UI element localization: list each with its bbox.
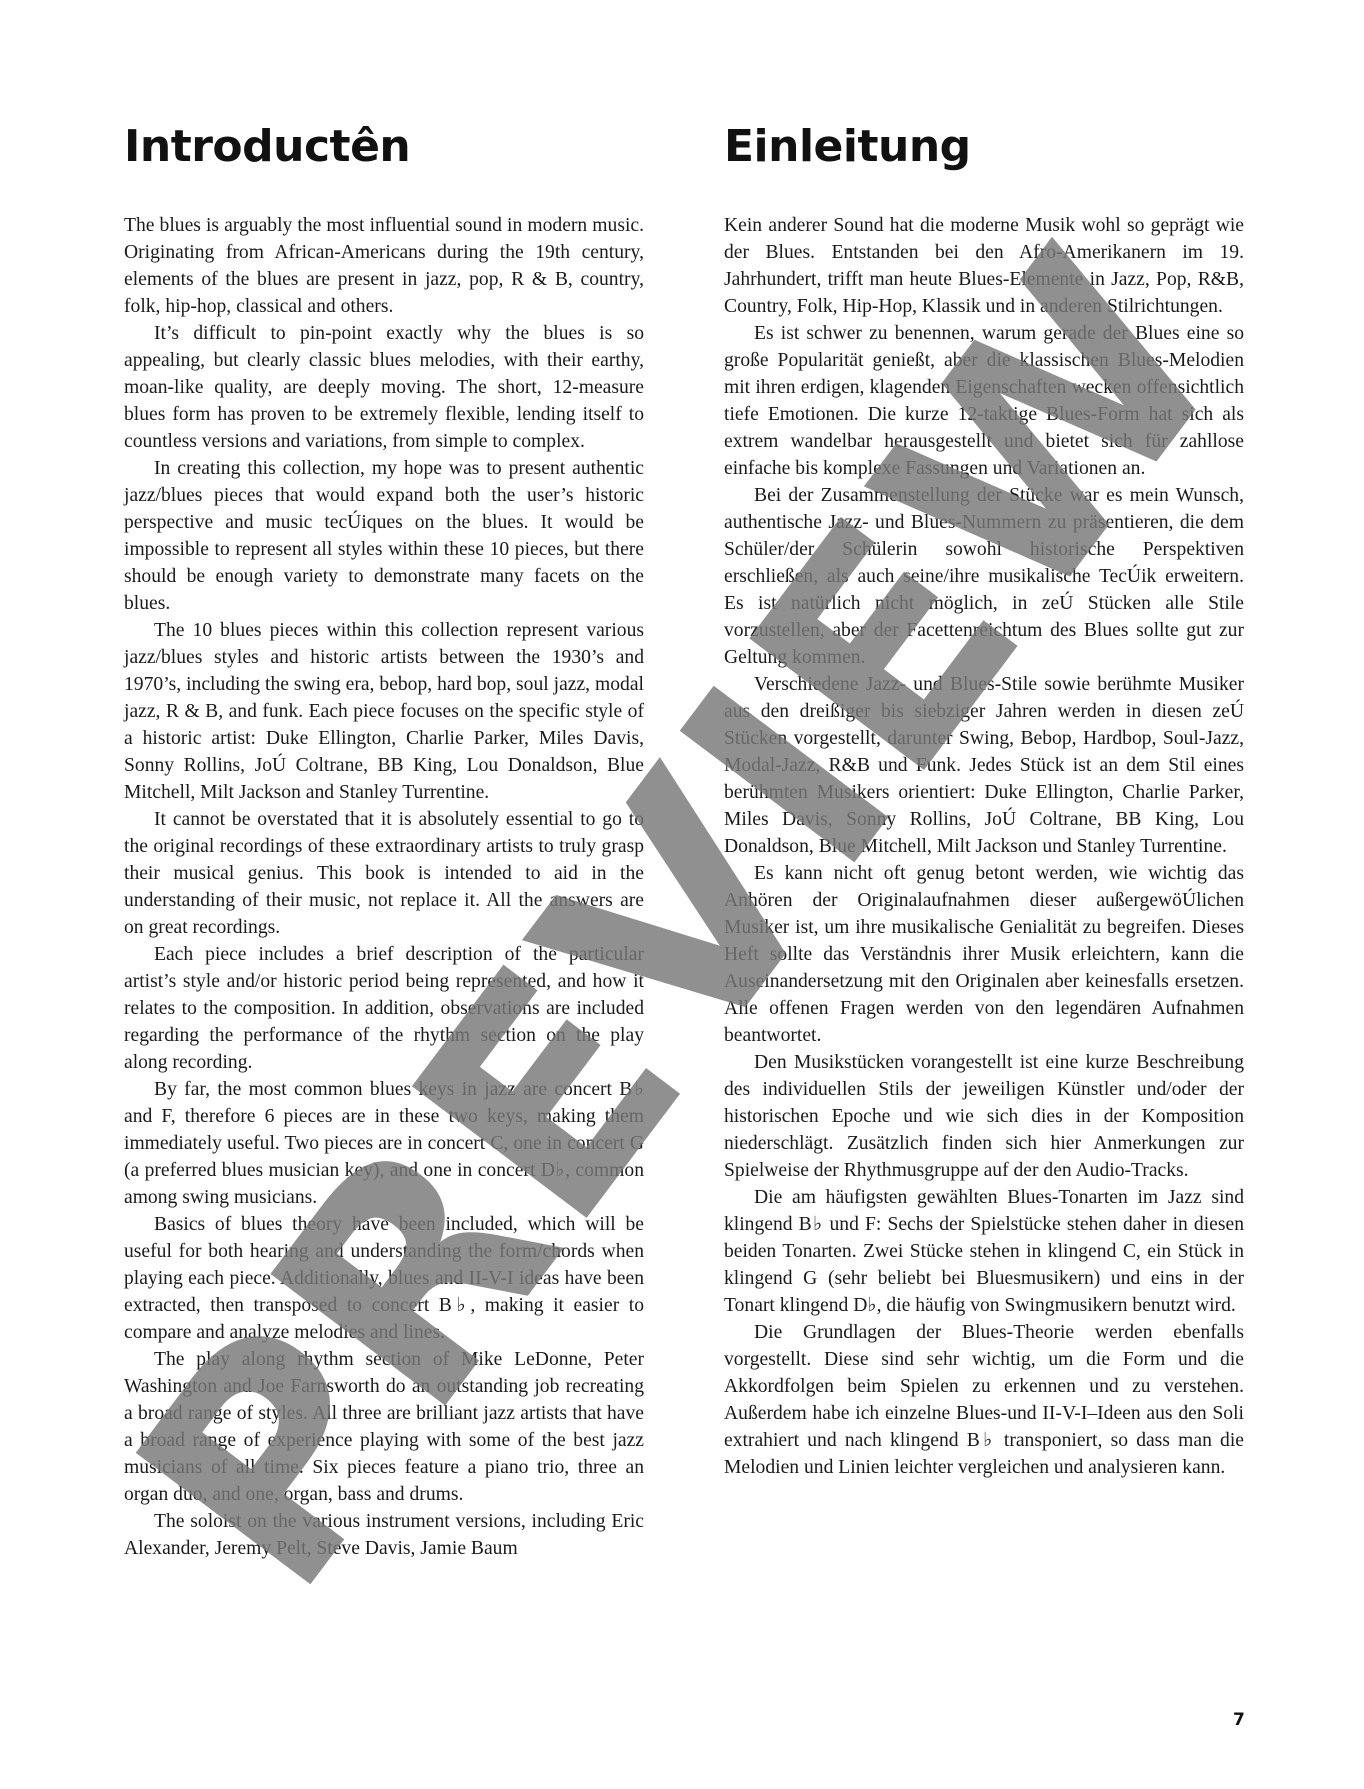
paragraph: The blues is arguably the most influenti… (124, 212, 644, 320)
paragraph: Each piece includes a brief description … (124, 941, 644, 1076)
paragraph: By far, the most common blues keys in ja… (124, 1076, 644, 1211)
paragraph: Basics of blues theory have been include… (124, 1211, 644, 1346)
english-column: Introductên The blues is arguably the mo… (124, 118, 644, 1562)
paragraph: The play along rhythm section of Mike Le… (124, 1346, 644, 1508)
paragraph: The 10 blues pieces within this collecti… (124, 617, 644, 806)
paragraph: It cannot be overstated that it is absol… (124, 806, 644, 941)
paragraph: Es ist schwer zu benennen, warum gerade … (724, 320, 1244, 482)
paragraph: Verschiedene Jazz- und Blues-Stile sowie… (724, 671, 1244, 860)
paragraph: Den Musikstücken vorangestellt ist eine … (724, 1049, 1244, 1184)
page-number: 7 (1233, 1710, 1245, 1730)
paragraph: In creating this collection, my hope was… (124, 455, 644, 617)
paragraph: Bei der Zusammenstellung der Stücke war … (724, 482, 1244, 671)
paragraph: Die am häufigsten gewählten Blues-Tonart… (724, 1184, 1244, 1319)
document-page: Introductên The blues is arguably the mo… (0, 0, 1364, 1789)
paragraph: Die Grundlagen der Blues-Theorie werden … (724, 1319, 1244, 1481)
paragraph: It’s difficult to pin-point exactly why … (124, 320, 644, 455)
paragraph: Es kann nicht oft genug betont werden, w… (724, 860, 1244, 1049)
paragraph: Kein anderer Sound hat die moderne Musik… (724, 212, 1244, 320)
german-heading: Einleitung (724, 118, 1244, 176)
english-heading: Introductên (124, 118, 644, 176)
german-column: Einleitung Kein anderer Sound hat die mo… (724, 118, 1244, 1481)
paragraph: The soloist on the various instrument ve… (124, 1508, 644, 1562)
